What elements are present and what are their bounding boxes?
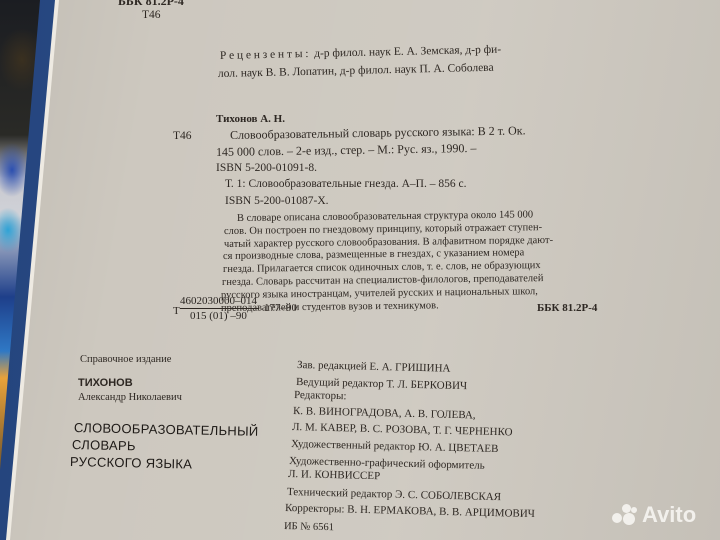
bib-index: Т46: [173, 131, 192, 143]
author-surname: ТИХОНОВ: [78, 378, 133, 389]
bib-author: Тихонов А. Н.: [216, 114, 285, 125]
code-prefix: Т: [173, 306, 180, 317]
book-title-line: СЛОВАРЬ: [72, 438, 136, 452]
bib-line-4: Т. 1: Словообразовательные гнезда. А–П. …: [225, 179, 466, 191]
bbk-code: ББК 81.2Р-4: [537, 303, 597, 314]
reviewers-label: Рецензенты:: [220, 48, 312, 62]
credit-line: Л. И. КОНВИССЕР: [288, 469, 380, 482]
bbk-top: ББК 81.2Р-4: [118, 0, 184, 7]
book-title-line: РУССКОГО ЯЗЫКА: [70, 455, 192, 471]
author-name: Александр Николаевич: [78, 393, 182, 404]
bib-line-5: ISBN 5-200-01087-X.: [225, 196, 329, 208]
edition-type: Справочное издание: [80, 355, 171, 366]
code-numerator: 4602030000–014: [180, 296, 259, 309]
credit-line: ИБ № 6561: [284, 522, 334, 534]
book-title-line: СЛОВООБРАЗОВАТЕЛЬНЫЙ: [74, 421, 259, 438]
bib-line-3: ISBN 5-200-01091-8.: [216, 163, 317, 175]
index-top: Т46: [142, 10, 161, 22]
code-fraction: 4602030000–014 015 (01) –90: [180, 296, 259, 322]
avito-text: Avito: [642, 502, 696, 528]
code-suffix: 177–90: [264, 303, 297, 314]
code-denominator: 015 (01) –90: [180, 309, 259, 322]
avito-dots-icon: [612, 504, 638, 526]
avito-watermark: Avito: [612, 502, 696, 528]
credit-line: Редакторы:: [294, 390, 347, 402]
